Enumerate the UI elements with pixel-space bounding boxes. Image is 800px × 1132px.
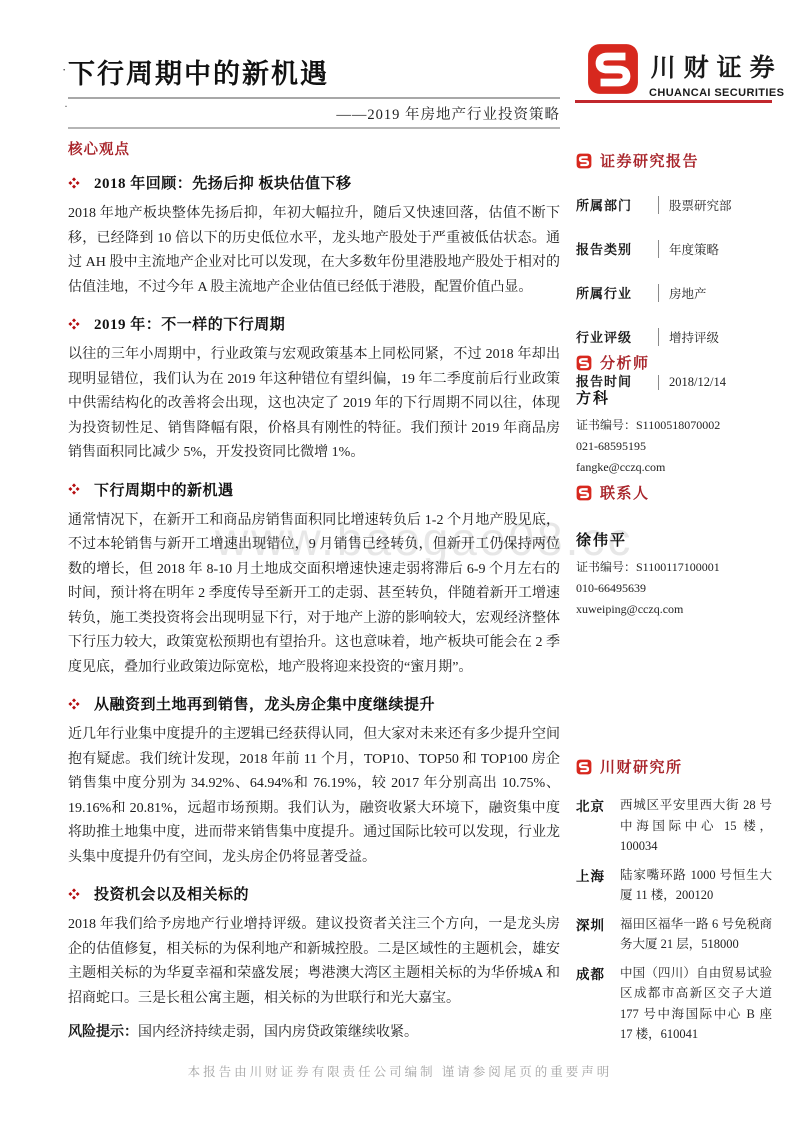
info-value: 股票研究部 xyxy=(658,196,732,214)
office-city: 北京 xyxy=(576,795,608,857)
risk-note: 风险提示：国内经济持续走弱，国内房贷政策继续收紧。 xyxy=(68,1021,560,1046)
info-row: 所属部门 股票研究部 xyxy=(576,195,772,214)
contact-cert: 证书编号：S1100117100001 xyxy=(576,557,772,578)
office-city: 深圳 xyxy=(576,914,608,955)
section-title-text: 2018 年回顾：先扬后抑 板块估值下移 xyxy=(94,172,352,193)
section-title-text: 投资机会以及相关标的 xyxy=(94,883,249,904)
contact-email: xuweiping@cczq.com xyxy=(576,599,772,620)
contact-name: 徐伟平 xyxy=(576,529,772,550)
section-title: 下行周期中的新机遇 xyxy=(68,479,560,500)
core-views-column: 核心观点 2018 年回顾：先扬后抑 板块估值下移 2018 年地产板块整体先扬… xyxy=(68,138,560,1060)
office-address: 中国（四川）自由贸易试验区成都市高新区交子大道 177 号中海国际中心 B 座 … xyxy=(620,963,772,1045)
analyst-heading-text: 分析师 xyxy=(600,352,650,373)
info-row: 报告类别 年度策略 xyxy=(576,239,772,258)
brand-text: 川财证券 CHUANCAI SECURITIES xyxy=(649,48,784,99)
header-rule-top xyxy=(68,97,560,99)
info-row: 行业评级 增持评级 xyxy=(576,327,772,346)
chuancai-logo-icon xyxy=(586,42,640,101)
diamond-bullet-icon xyxy=(68,888,80,900)
section-title-text: 下行周期中的新机遇 xyxy=(94,479,234,500)
office-row: 上海 陆家嘴环路 1000 号恒生大厦 11 楼，200120 xyxy=(576,865,772,906)
core-views-label: 核心观点 xyxy=(68,138,560,159)
report-sidebar: 证券研究报告 所属部门 股票研究部 报告类别 年度策略 所属行业 房地产 行业评… xyxy=(576,100,772,1090)
section-body: 以往的三年小周期中，行业政策与宏观政策基本上同松同紧，不过 2018 年却出现明… xyxy=(68,343,560,466)
contact-heading: 联系人 xyxy=(576,482,772,503)
office-row: 成都 中国（四川）自由贸易试验区成都市高新区交子大道 177 号中海国际中心 B… xyxy=(576,963,772,1045)
institute-section: 川财研究所 北京 西城区平安里西大街 28 号中海国际中心 15 楼，10003… xyxy=(576,756,772,1053)
institute-heading-text: 川财研究所 xyxy=(600,756,683,777)
info-label: 所属行业 xyxy=(576,283,658,302)
section-title: 2019 年：不一样的下行周期 xyxy=(68,313,560,334)
section-body: 近几年行业集中度提升的主逻辑已经获得认同，但大家对未来还有多少提升空间抱有疑虑。… xyxy=(68,723,560,870)
info-label: 报告类别 xyxy=(576,239,658,258)
office-address: 西城区平安里西大街 28 号中海国际中心 15 楼，100034 xyxy=(620,795,772,857)
section-title: 从融资到土地再到销售，龙头房企集中度继续提升 xyxy=(68,693,560,714)
contact-phone: 010-66495639 xyxy=(576,578,772,599)
office-address: 陆家嘴环路 1000 号恒生大厦 11 楼，200120 xyxy=(620,865,772,906)
diamond-bullet-icon xyxy=(68,483,80,495)
header-rule-bottom xyxy=(68,127,560,129)
analyst-phone: 021-68595195 xyxy=(576,436,772,457)
info-label: 所属部门 xyxy=(576,195,658,214)
brand-name-en: CHUANCAI SECURITIES xyxy=(649,87,784,99)
diamond-bullet-icon xyxy=(68,698,80,710)
chuancai-mini-logo-icon xyxy=(576,759,592,775)
contact-heading-text: 联系人 xyxy=(600,482,650,503)
info-row: 所属行业 房地产 xyxy=(576,283,772,302)
report-info-heading-text: 证券研究报告 xyxy=(600,150,699,171)
info-label: 行业评级 xyxy=(576,327,658,346)
info-value: 房地产 xyxy=(658,284,707,302)
section-body: 2018 年地产板块整体先扬后抑，年初大幅拉升，随后又快速回落，估值不断下移，已… xyxy=(68,202,560,300)
report-info-heading: 证券研究报告 xyxy=(576,150,772,171)
info-value: 增持评级 xyxy=(658,328,719,346)
section-body: 通常情况下，在新开工和商品房销售面积同比增速转负后 1-2 个月地产股见底，不过… xyxy=(68,509,560,681)
diamond-bullet-icon xyxy=(68,318,80,330)
office-city: 上海 xyxy=(576,865,608,906)
risk-label: 风险提示： xyxy=(68,1025,138,1040)
section-body: 2018 年我们给予房地产行业增持评级。建议投资者关注三个方向，一是龙头房企的估… xyxy=(68,913,560,1011)
section-title: 投资机会以及相关标的 xyxy=(68,883,560,904)
analyst-name: 方科 xyxy=(576,387,772,408)
analyst-section: 分析师 方科 证书编号：S1100518070002 021-68595195 … xyxy=(576,352,772,478)
analyst-cert: 证书编号：S1100518070002 xyxy=(576,415,772,436)
stray-mark: · xyxy=(62,62,66,78)
office-city: 成都 xyxy=(576,963,608,1045)
report-page: 下行周期中的新机遇 · · 川财证券 CHUANCAI SECURITIES —… xyxy=(0,0,800,1132)
office-row: 深圳 福田区福华一路 6 号免税商务大厦 21 层，518000 xyxy=(576,914,772,955)
page-title: 下行周期中的新机遇 xyxy=(68,52,329,91)
chuancai-mini-logo-icon xyxy=(576,485,592,501)
risk-text: 国内经济持续走弱，国内房贷政策继续收紧。 xyxy=(138,1025,418,1040)
chuancai-mini-logo-icon xyxy=(576,153,592,169)
chuancai-mini-logo-icon xyxy=(576,355,592,371)
section-title-text: 2019 年：不一样的下行周期 xyxy=(94,313,285,334)
analyst-heading: 分析师 xyxy=(576,352,772,373)
section-title-text: 从融资到土地再到销售，龙头房企集中度继续提升 xyxy=(94,693,435,714)
diamond-bullet-icon xyxy=(68,177,80,189)
info-value: 年度策略 xyxy=(658,240,719,258)
brand-logo: 川财证券 CHUANCAI SECURITIES xyxy=(586,42,784,101)
brand-name-cn: 川财证券 xyxy=(651,48,783,84)
section-title: 2018 年回顾：先扬后抑 板块估值下移 xyxy=(68,172,560,193)
office-address: 福田区福华一路 6 号免税商务大厦 21 层，518000 xyxy=(620,914,772,955)
office-row: 北京 西城区平安里西大街 28 号中海国际中心 15 楼，100034 xyxy=(576,795,772,857)
contact-section: 联系人 徐伟平 证书编号：S1100117100001 010-66495639… xyxy=(576,482,772,620)
footer-disclaimer: 本报告由川财证券有限责任公司编制 谨请参阅尾页的重要声明 xyxy=(0,1062,800,1080)
institute-heading: 川财研究所 xyxy=(576,756,772,777)
analyst-email: fangke@cczq.com xyxy=(576,457,772,478)
report-subtitle: ——2019 年房地产行业投资策略 xyxy=(68,103,560,124)
